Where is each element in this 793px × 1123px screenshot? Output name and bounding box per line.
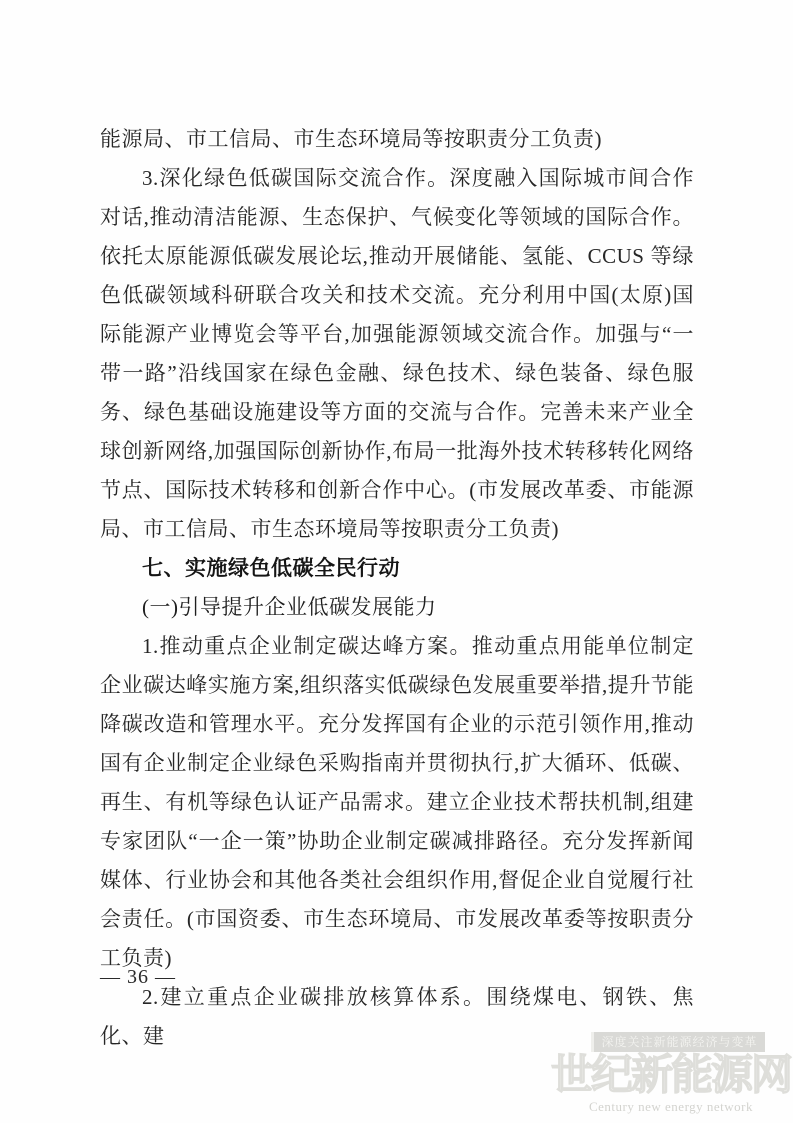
page-body: 能源局、市工信局、市生态环境局等按职责分工负责)3.深化绿色低碳国际交流合作。深…	[100, 120, 694, 1056]
watermark-subtitle: Century new energy network	[551, 1099, 791, 1115]
section-heading: 七、实施绿色低碳全民行动	[100, 549, 694, 588]
page-number: — 36 —	[100, 966, 176, 989]
paragraph: 能源局、市工信局、市生态环境局等按职责分工负责)	[100, 120, 694, 159]
document-page: 能源局、市工信局、市生态环境局等按职责分工负责)3.深化绿色低碳国际交流合作。深…	[0, 0, 793, 1123]
watermark-logo-text: 世纪新能源网	[551, 1054, 791, 1098]
watermark-tagline: 深度关注新能源经济与变革	[591, 1032, 764, 1052]
paragraph: 1.推动重点企业制定碳达峰方案。推动重点用能单位制定企业碳达峰实施方案,组织落实…	[100, 627, 694, 978]
paragraph: 3.深化绿色低碳国际交流合作。深度融入国际城市间合作对话,推动清洁能源、生态保护…	[100, 159, 694, 549]
subsection-heading: (一)引导提升企业低碳发展能力	[100, 588, 694, 627]
watermark: 深度关注新能源经济与变革 世纪新能源网 Century new energy n…	[551, 1032, 791, 1115]
